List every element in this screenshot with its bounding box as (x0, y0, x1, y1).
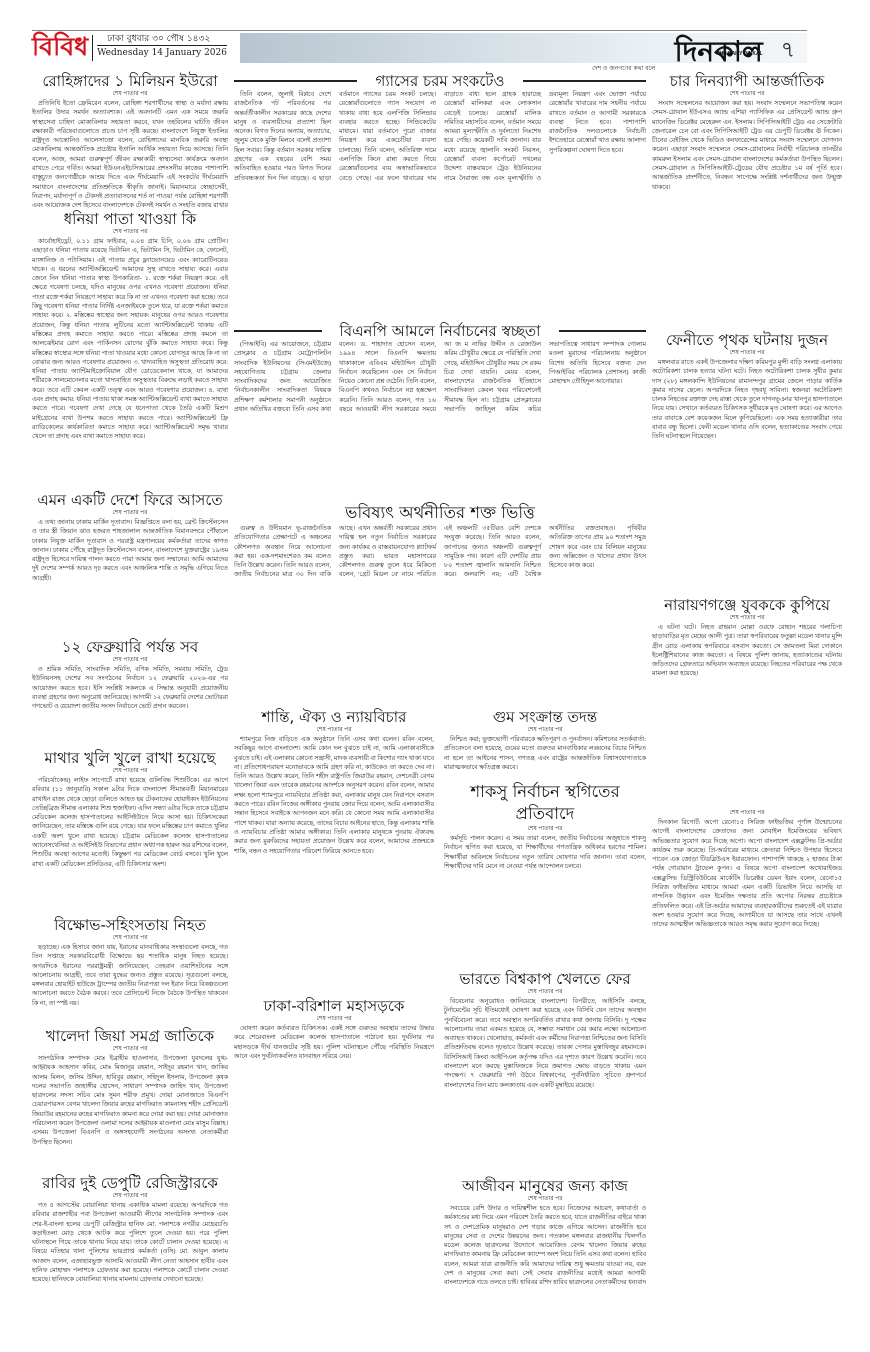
article-headline: বিএনপি আমলে নির্বাচনের স্বচ্ছতা (340, 322, 541, 340)
article-body (652, 1004, 842, 1190)
article-headline: বিক্ষোভ-সহিংসতায় নিহত (32, 916, 228, 934)
article-body: প্রতিনিধি ইতো ফ্রেমিরেন বলেন, রোহিঙ্গা শ… (32, 99, 228, 210)
article-body: সংবাদ সম্মেলনের আয়োজন করা হয়। সংবাদ সম… (652, 99, 842, 331)
article-body: এ তথ্য জানায় ঢাকায় মার্কিন দূতাবাস। বি… (32, 518, 228, 638)
article-body: সাংগঠনিক সম্পাদক মোঃ ইব্রাহীম হাওলাদার, … (32, 1054, 228, 1174)
article-headline: ফেনীতে পৃথক ঘটনায় দুজন (652, 331, 842, 349)
date-bengali: ঢাকা বুধবার ৩০ পৌষ ১৪৩২ (97, 33, 227, 45)
article-exhibition: ফেনীতে পৃথক ঘটনায় দুজন শেষ পাতার পর মঙ্… (652, 331, 842, 596)
article-skull: মাথার খুলি খুলে রাখা হয়েছে শেষ পাতার পর… (32, 749, 228, 916)
article-narayanganj: শেষ পাতার পর দিনকাল রিপোর্ট: অপো রেনো১৫ … (652, 809, 842, 1004)
continued-label: শেষ পাতার পর (652, 809, 842, 818)
continued-label: শেষ পাতার পর (444, 988, 646, 997)
article-headline: ধনিয়া পাতা খাওয়া কি (32, 210, 228, 228)
article-peace: শান্তি, ঐক্য ও ন্যায়বিচার শেষ পাতার পর … (234, 708, 434, 997)
article-bnp-election: বিএনপি আমলে নির্বাচনের স্বচ্ছতা (পিআইবি)… (234, 322, 646, 498)
article-khaleda: খালেদা জিয়া সমগ্র জাতিকে শেষ পাতার পর স… (32, 1027, 228, 1174)
article-headline: এমন একটি দেশে ফিরে আসতে (32, 491, 228, 509)
continued-label: শেষ পাতার পর (32, 1045, 228, 1054)
article-body: এ ঘটনা ঘটে। নিহত রাহমান মোল্লা ওরফে রোহা… (652, 623, 842, 809)
continued-label: শেষ পাতার পর (32, 228, 228, 237)
continued-label: শেষ পাতার পর (32, 767, 228, 776)
article-headline: রাবির দুই ডেপুটি রেজিস্ট্রারকে (32, 1174, 228, 1192)
continued-label: শেষ পাতার পর (444, 1195, 646, 1204)
article-body: গুরুত্ব ও উদীয়মান ভূ-রাজনৈতিক প্রতিযোগি… (234, 524, 646, 702)
article-body: বিবেচনার অনুরোধও জানিয়েছে বাংলাদেশ। বিপ… (444, 997, 646, 1177)
continued-label: শেষ পাতার পর (32, 509, 228, 518)
article-headline: চার দিনব্যাপী আন্তর্জাতিক (652, 72, 842, 90)
article-headline: ঢাকা-বরিশাল মহাসড়কে (234, 997, 434, 1015)
headline-rule (559, 330, 647, 332)
paper-logo: দৈনিক THE DAILY DINKAL দিনকাল (675, 37, 763, 67)
section-name: বিবিধ (32, 33, 88, 61)
article-headline: ১২ ফেব্রুয়ারি পর্যন্ত সব (32, 638, 228, 656)
article-world-cup: ভারতে বিশ্বকাপ খেলতে ফের শেষ পাতার পর বি… (444, 970, 646, 1177)
article-no-vote: ঢাকা-বরিশাল মহাসড়কে শেষ পাতার পর ঘোষণা … (234, 997, 434, 1220)
middle-lower-left: শান্তি, ঐক্য ও ন্যায়বিচার শেষ পাতার পর … (234, 708, 434, 1284)
article-headline: আজীবন মানুষের জন্য কাজ (444, 1177, 646, 1195)
article-feni: নারায়ণগঞ্জে যুবককে কুপিয়ে শেষ পাতার পর… (652, 596, 842, 809)
left-column: রোহিঙ্গাদের ১ মিলিয়ন ইউরো শেষ পাতার পর … (32, 72, 228, 1294)
continued-label: শেষ পাতার পর (652, 90, 842, 99)
article-lifelong: চার দিনব্যাপী আন্তর্জাতিক শেষ পাতার পর স… (652, 72, 842, 331)
article-body: শ্যামপুরে নিজ বাড়িতে এক অনুষ্ঠানে তিনি … (234, 735, 434, 997)
middle-lower-grid: শান্তি, ঐক্য ও ন্যায়বিচার শেষ পাতার পর … (234, 708, 646, 1284)
article-body: সবচেয়ে বেশি উদার ও দায়িত্বশীল হতে হবে।… (444, 1204, 646, 1284)
continued-label: শেষ পাতার পর (32, 656, 228, 665)
article-feb12: ১২ ফেব্রুয়ারি পর্যন্ত সব শেষ পাতার পর ও… (32, 638, 228, 749)
article-headline: শান্তি, ঐক্য ও ন্যায়বিচার (234, 708, 434, 726)
middle-column: গ্যাসের চরম সংকটেও তিনি বলেন, জুলাই বিপ্… (234, 72, 646, 1284)
continued-label: শেষ পাতার পর (444, 825, 646, 834)
article-future-economy: ভবিষ্যৎ অর্থনীতির শক্ত ভিত্তি গুরুত্ব ও … (234, 502, 646, 702)
article-shaksu: শাকসু নির্বাচন স্থগিতের প্রতিবাদে শেষ পা… (444, 781, 646, 970)
continued-label: শেষ পাতার পর (32, 90, 228, 99)
article-body: দিনকাল রিপোর্ট: অপো রেনো১৫ সিরিজ ফাইভজির… (652, 818, 842, 1004)
article-megapixel (652, 1004, 842, 1190)
page-number: ৭ (781, 33, 795, 70)
continued-label: শেষ পাতার পর (234, 726, 434, 735)
headline-rule (234, 80, 357, 82)
article-coriander: ধনিয়া পাতা খাওয়া কি শেষ পাতার পর কার্ব… (32, 210, 228, 491)
article-body: নিশ্চিত করা; ভুক্তভোগী পরিবারকে ক্ষতিপূর… (444, 735, 646, 781)
article-rabi: রাবির দুই ডেপুটি রেজিস্ট্রারকে শেষ পাতার… (32, 1174, 228, 1294)
article-return-country: এমন একটি দেশে ফিরে আসতে শেষ পাতার পর এ ত… (32, 491, 228, 638)
masthead-divider (92, 35, 93, 61)
section-header: বিবিধ ঢাকা বুধবার ৩০ পৌষ ১৪৩২ Wednesday … (32, 33, 227, 61)
date-english: Wednesday 14 January 2026 (97, 45, 227, 59)
article-body: গত ৫ আগস্টের বোয়ালিয়া থানায় একাধিক মা… (32, 1201, 228, 1294)
continued-label: শেষ পাতার পর (234, 1015, 434, 1024)
article-headline: শাকসু নির্বাচন স্থগিতের প্রতিবাদে (444, 781, 646, 825)
article-headline: মাথার খুলি খুলে রাখা হয়েছে (32, 749, 228, 767)
article-body: কর্মসূচি পালন করেন। এ সময় তারা বলেন, জা… (444, 834, 646, 970)
article-gas: গ্যাসের চরম সংকটেও তিনি বলেন, জুলাই বিপ্… (234, 72, 646, 318)
headline-rule (234, 330, 322, 332)
headline-rule (523, 80, 646, 82)
paper-brand: দৈনিক THE DAILY DINKAL দিনকাল ৭ (675, 33, 795, 70)
article-headline: ভবিষ্যৎ অর্থনীতির শক্ত ভিত্তি (234, 502, 646, 524)
date-block: ঢাকা বুধবার ৩০ পৌষ ১৪৩২ Wednesday 14 Jan… (97, 33, 227, 59)
article-body: ছড়াচ্ছে। এক হিসাবে জানা যায়, ইরানের মা… (32, 943, 228, 1027)
right-column: চার দিনব্যাপী আন্তর্জাতিক শেষ পাতার পর স… (652, 72, 842, 1190)
article-protest: বিক্ষোভ-সহিংসতায় নিহত শেষ পাতার পর ছড়া… (32, 916, 228, 1027)
article-body: কার্বোহাইড্রেট, ০.১১ গ্রাম ফাইবার, ০.০৪ … (32, 237, 228, 491)
article-body: ও শ্রমিক সমিতি, সাংবাদিক সমিতি, বণিক সমি… (32, 665, 228, 749)
article-body: পরিচর্যাকেন্দ্র) লাইফ সাপোর্টে রাখা হয়ে… (32, 776, 228, 916)
article-gum: গুম সংক্রান্ত তদন্ত শেষ পাতার পর নিশ্চিত… (444, 708, 646, 781)
article-body: ঘোষণা করেন কর্তব্যরত চিকিৎসক। একই সঙ্গে … (234, 1024, 434, 1220)
article-headline: গুম সংক্রান্ত তদন্ত (444, 708, 646, 726)
middle-lower-right: গুম সংক্রান্ত তদন্ত শেষ পাতার পর নিশ্চিত… (444, 708, 646, 1284)
article-headline: ভারতে বিশ্বকাপ খেলতে ফের (444, 970, 646, 988)
continued-label: শেষ পাতার পর (652, 614, 842, 623)
article-headline-row: গ্যাসের চরম সংকটেও (234, 72, 646, 90)
article-dhaka-barishal: আজীবন মানুষের জন্য কাজ শেষ পাতার পর সবচে… (444, 1177, 646, 1284)
continued-label: শেষ পাতার পর (32, 934, 228, 943)
article-headline: গ্যাসের চরম সংকটেও (375, 72, 504, 90)
article-body: তিনি বলেন, জুলাই বিপ্লবে দেশে রাজনৈতিক প… (234, 90, 646, 318)
article-rohingya: রোহিঙ্গাদের ১ মিলিয়ন ইউরো শেষ পাতার পর … (32, 72, 228, 210)
article-headline: নারায়ণগঞ্জে যুবককে কুপিয়ে (652, 596, 842, 614)
article-headline: রোহিঙ্গাদের ১ মিলিয়ন ইউরো (32, 72, 228, 90)
continued-label: শেষ পাতার পর (32, 1192, 228, 1201)
continued-label: শেষ পাতার পর (444, 726, 646, 735)
paper-english-name: THE DAILY DINKAL (717, 39, 763, 69)
article-body: মঙ্গলবার রাতে একই উপজেলার দক্ষিণ করিমপুর… (652, 358, 842, 596)
article-body: (পিআইবি) এর আয়োজনে, চট্টগ্রাম প্রেসক্লা… (234, 340, 646, 498)
article-headline: খালেদা জিয়া সমগ্র জাতিকে (32, 1027, 228, 1045)
continued-label: শেষ পাতার পর (652, 349, 842, 358)
article-headline-row: বিএনপি আমলে নির্বাচনের স্বচ্ছতা (234, 322, 646, 340)
page-masthead: বিবিধ ঢাকা বুধবার ৩০ পৌষ ১৪৩২ Wednesday … (32, 30, 807, 62)
